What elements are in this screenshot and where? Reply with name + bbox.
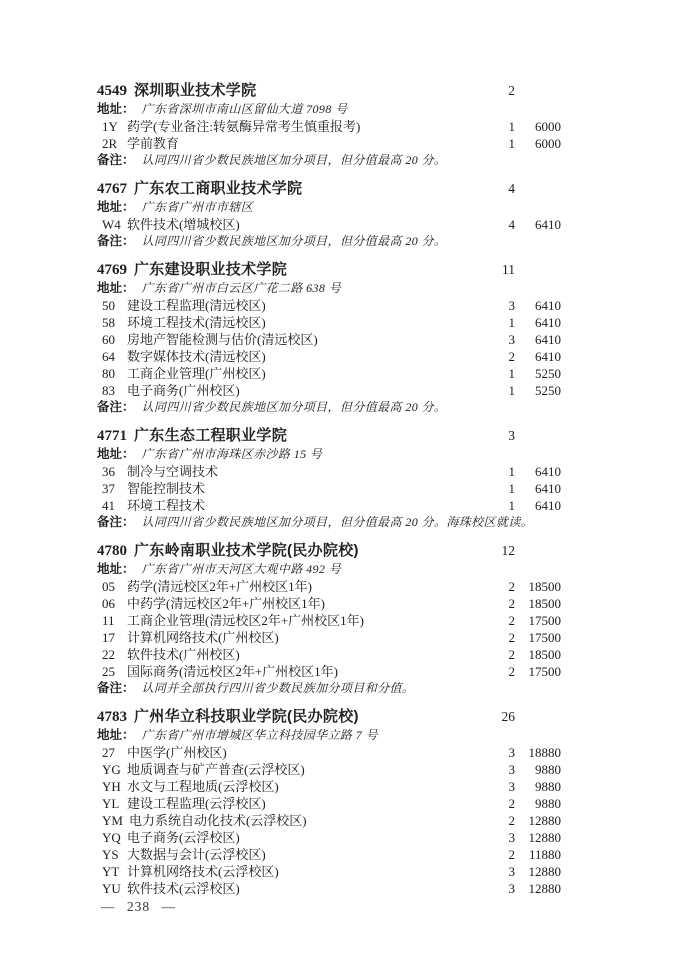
address-text: 广东省广州市增城区华立科技园华立路 7 号 bbox=[142, 727, 561, 744]
major-row: YU软件技术(云浮校区) 3 12880 bbox=[97, 880, 561, 897]
major-tuition-fee: 6000 bbox=[515, 118, 561, 135]
major-title: YT计算机网络技术(云浮校区) bbox=[102, 863, 481, 880]
college-name: 广东建设职业技术学院 bbox=[134, 261, 287, 278]
college-block: 4549深圳职业技术学院 2 地址： 广东省深圳市南山区留仙大道 7098 号 … bbox=[97, 82, 561, 169]
major-tuition-fee: 17500 bbox=[515, 663, 561, 680]
major-name: 电力系统自动化技术(云浮校区) bbox=[129, 813, 307, 828]
major-plan-count: 1 bbox=[481, 135, 515, 152]
major-row: YL建设工程监理(云浮校区) 2 9880 bbox=[97, 795, 561, 812]
major-tuition-fee: 18500 bbox=[515, 646, 561, 663]
major-row: YG地质调查与矿产普查(云浮校区) 3 9880 bbox=[97, 761, 561, 778]
major-row: YS大数据与会计(云浮校区) 2 11880 bbox=[97, 846, 561, 863]
college-header-row: 4771广东生态工程职业学院 3 bbox=[97, 427, 561, 445]
college-header-row: 4767广东农工商职业技术学院 4 bbox=[97, 180, 561, 198]
major-plan-count: 2 bbox=[481, 612, 515, 629]
major-title: YU软件技术(云浮校区) bbox=[102, 880, 481, 897]
major-name: 建设工程监理(清远校区) bbox=[127, 298, 266, 313]
college-code: 4549 bbox=[97, 83, 127, 99]
major-plan-count: 2 bbox=[481, 629, 515, 646]
major-code: YL bbox=[102, 795, 121, 812]
major-plan-count: 1 bbox=[481, 118, 515, 135]
major-row: 64数字媒体技术(清远校区) 2 6410 bbox=[97, 348, 561, 365]
address-label: 地址： bbox=[97, 561, 135, 578]
remark-text: 认同四川省少数民族地区加分项目，但分值最高 20 分。海珠校区就读。 bbox=[142, 514, 561, 531]
major-title: YL建设工程监理(云浮校区) bbox=[102, 795, 481, 812]
major-name: 工商企业管理(清远校区2年+广州校区1年) bbox=[127, 613, 364, 628]
major-list: 27中医学(广州校区) 3 18880 YG地质调查与矿产普查(云浮校区) 3 … bbox=[97, 744, 561, 897]
remark-text: 认同四川省少数民族地区加分项目，但分值最高 20 分。 bbox=[142, 399, 561, 416]
address-row: 地址： 广东省广州市白云区广花二路 638 号 bbox=[97, 280, 561, 297]
college-list: 4549深圳职业技术学院 2 地址： 广东省深圳市南山区留仙大道 7098 号 … bbox=[97, 82, 561, 897]
major-name: 药学(专业备注:转氨酶异常考生慎重报考) bbox=[127, 119, 360, 134]
major-name: 电子商务(云浮校区) bbox=[127, 830, 240, 845]
address-text: 广东省广州市白云区广花二路 638 号 bbox=[142, 280, 561, 297]
remark-label: 备注： bbox=[97, 680, 135, 697]
major-plan-count: 2 bbox=[481, 795, 515, 812]
major-code: YS bbox=[102, 846, 121, 863]
major-tuition-fee: 18500 bbox=[515, 578, 561, 595]
remark-label: 备注： bbox=[97, 514, 135, 531]
major-list: 50建设工程监理(清远校区) 3 6410 58环境工程技术(清远校区) 1 6… bbox=[97, 297, 561, 399]
remark-row: 备注： 认同四川省少数民族地区加分项目，但分值最高 20 分。海珠校区就读。 bbox=[97, 514, 561, 531]
major-code: 80 bbox=[102, 365, 121, 382]
major-code: W4 bbox=[102, 216, 121, 233]
major-name: 药学(清远校区2年+广州校区1年) bbox=[127, 579, 312, 594]
major-row: 06中药学(清远校区2年+广州校区1年) 2 18500 bbox=[97, 595, 561, 612]
major-tuition-fee: 9880 bbox=[515, 761, 561, 778]
major-plan-count: 2 bbox=[481, 646, 515, 663]
major-title: 2R学前教育 bbox=[102, 135, 481, 152]
college-block: 4771广东生态工程职业学院 3 地址： 广东省广州市海珠区赤沙路 15 号 3… bbox=[97, 427, 561, 531]
major-name: 工商企业管理(广州校区) bbox=[127, 366, 266, 381]
address-row: 地址： 广东省广州市海珠区赤沙路 15 号 bbox=[97, 446, 561, 463]
major-name: 地质调查与矿产普查(云浮校区) bbox=[127, 762, 305, 777]
college-name: 广东生态工程职业学院 bbox=[134, 427, 287, 444]
major-tuition-fee: 6410 bbox=[515, 297, 561, 314]
major-code: 50 bbox=[102, 297, 121, 314]
major-title: 27中医学(广州校区) bbox=[102, 744, 481, 761]
major-tuition-fee: 6410 bbox=[515, 497, 561, 514]
major-code: 1Y bbox=[102, 118, 121, 135]
major-tuition-fee: 6410 bbox=[515, 314, 561, 331]
major-name: 建设工程监理(云浮校区) bbox=[127, 796, 266, 811]
major-name: 环境工程技术 bbox=[127, 498, 205, 513]
college-title: 4780广东岭南职业技术学院(民办院校) bbox=[97, 542, 481, 560]
major-name: 水文与工程地质(云浮校区) bbox=[127, 779, 279, 794]
address-label: 地址： bbox=[97, 101, 135, 118]
major-name: 软件技术(增城校区) bbox=[127, 217, 240, 232]
major-row: 25国际商务(清远校区2年+广州校区1年) 2 17500 bbox=[97, 663, 561, 680]
major-row: 27中医学(广州校区) 3 18880 bbox=[97, 744, 561, 761]
major-row: 1Y药学(专业备注:转氨酶异常考生慎重报考) 1 6000 bbox=[97, 118, 561, 135]
major-name: 制冷与空调技术 bbox=[127, 464, 218, 479]
remark-row: 备注： 认同四川省少数民族地区加分项目，但分值最高 20 分。 bbox=[97, 152, 561, 169]
major-row: 50建设工程监理(清远校区) 3 6410 bbox=[97, 297, 561, 314]
major-code: 58 bbox=[102, 314, 121, 331]
major-row: 05药学(清远校区2年+广州校区1年) 2 18500 bbox=[97, 578, 561, 595]
major-tuition-fee: 17500 bbox=[515, 629, 561, 646]
page-number: — 238 — bbox=[101, 899, 176, 915]
major-row: 83电子商务(广州校区) 1 5250 bbox=[97, 382, 561, 399]
address-text: 广东省广州市市辖区 bbox=[142, 199, 561, 216]
major-title: 36制冷与空调技术 bbox=[102, 463, 481, 480]
major-row: YM电力系统自动化技术(云浮校区) 2 12880 bbox=[97, 812, 561, 829]
major-row: 60房地产智能检测与估价(清远校区) 3 6410 bbox=[97, 331, 561, 348]
major-code: 11 bbox=[102, 612, 121, 629]
major-title: 1Y药学(专业备注:转氨酶异常考生慎重报考) bbox=[102, 118, 481, 135]
major-plan-count: 2 bbox=[481, 348, 515, 365]
major-row: 22软件技术(广州校区) 2 18500 bbox=[97, 646, 561, 663]
major-name: 学前教育 bbox=[127, 136, 179, 151]
remark-text: 认同四川省少数民族地区加分项目，但分值最高 20 分。 bbox=[142, 152, 561, 169]
major-list: W4软件技术(增城校区) 4 6410 bbox=[97, 216, 561, 233]
major-name: 数字媒体技术(清远校区) bbox=[127, 349, 266, 364]
major-title: YS大数据与会计(云浮校区) bbox=[102, 846, 481, 863]
college-code: 4767 bbox=[97, 181, 127, 197]
address-label: 地址： bbox=[97, 727, 135, 744]
address-text: 广东省广州市海珠区赤沙路 15 号 bbox=[142, 446, 561, 463]
major-plan-count: 3 bbox=[481, 778, 515, 795]
major-title: 37智能控制技术 bbox=[102, 480, 481, 497]
major-row: 80工商企业管理(广州校区) 1 5250 bbox=[97, 365, 561, 382]
major-code: YQ bbox=[102, 829, 121, 846]
college-code: 4783 bbox=[97, 709, 127, 725]
major-title: YQ电子商务(云浮校区) bbox=[102, 829, 481, 846]
major-title: 17计算机网络技术(广州校区) bbox=[102, 629, 481, 646]
remark-label: 备注： bbox=[97, 399, 135, 416]
major-code: YG bbox=[102, 761, 121, 778]
college-code: 4769 bbox=[97, 262, 127, 278]
college-header-row: 4783广州华立科技职业学院(民办院校) 26 bbox=[97, 708, 561, 726]
major-title: 06中药学(清远校区2年+广州校区1年) bbox=[102, 595, 481, 612]
major-tuition-fee: 6410 bbox=[515, 216, 561, 233]
major-tuition-fee: 18880 bbox=[515, 744, 561, 761]
major-row: YT计算机网络技术(云浮校区) 3 12880 bbox=[97, 863, 561, 880]
major-code: 36 bbox=[102, 463, 121, 480]
college-code: 4780 bbox=[97, 543, 127, 559]
college-header-row: 4769广东建设职业技术学院 11 bbox=[97, 261, 561, 279]
address-text: 广东省广州市天河区大观中路 492 号 bbox=[142, 561, 561, 578]
college-block: 4783广州华立科技职业学院(民办院校) 26 地址： 广东省广州市增城区华立科… bbox=[97, 708, 561, 897]
college-title: 4783广州华立科技职业学院(民办院校) bbox=[97, 708, 481, 726]
college-plan-total: 12 bbox=[481, 542, 515, 560]
major-tuition-fee: 18500 bbox=[515, 595, 561, 612]
major-plan-count: 2 bbox=[481, 846, 515, 863]
major-tuition-fee: 5250 bbox=[515, 382, 561, 399]
major-row: 11工商企业管理(清远校区2年+广州校区1年) 2 17500 bbox=[97, 612, 561, 629]
major-code: 83 bbox=[102, 382, 121, 399]
major-name: 环境工程技术(清远校区) bbox=[127, 315, 266, 330]
major-row: W4软件技术(增城校区) 4 6410 bbox=[97, 216, 561, 233]
college-header-row: 4549深圳职业技术学院 2 bbox=[97, 82, 561, 100]
address-row: 地址： 广东省深圳市南山区留仙大道 7098 号 bbox=[97, 101, 561, 118]
major-tuition-fee: 6410 bbox=[515, 331, 561, 348]
admissions-catalog-page: 4549深圳职业技术学院 2 地址： 广东省深圳市南山区留仙大道 7098 号 … bbox=[0, 0, 680, 961]
college-plan-total: 3 bbox=[481, 427, 515, 445]
major-code: 05 bbox=[102, 578, 121, 595]
major-code: 2R bbox=[102, 135, 121, 152]
major-plan-count: 3 bbox=[481, 761, 515, 778]
major-title: 05药学(清远校区2年+广州校区1年) bbox=[102, 578, 481, 595]
college-plan-total: 26 bbox=[481, 708, 515, 726]
major-plan-count: 1 bbox=[481, 480, 515, 497]
college-name: 广东岭南职业技术学院(民办院校) bbox=[134, 542, 359, 559]
major-title: W4软件技术(增城校区) bbox=[102, 216, 481, 233]
college-plan-total: 2 bbox=[481, 82, 515, 100]
college-name: 广州华立科技职业学院(民办院校) bbox=[134, 708, 359, 725]
major-plan-count: 2 bbox=[481, 663, 515, 680]
major-title: 60房地产智能检测与估价(清远校区) bbox=[102, 331, 481, 348]
major-title: 64数字媒体技术(清远校区) bbox=[102, 348, 481, 365]
major-plan-count: 3 bbox=[481, 829, 515, 846]
college-title: 4769广东建设职业技术学院 bbox=[97, 261, 481, 279]
major-tuition-fee: 6410 bbox=[515, 463, 561, 480]
major-code: 27 bbox=[102, 744, 121, 761]
major-title: YG地质调查与矿产普查(云浮校区) bbox=[102, 761, 481, 778]
major-title: 50建设工程监理(清远校区) bbox=[102, 297, 481, 314]
college-title: 4767广东农工商职业技术学院 bbox=[97, 180, 481, 198]
address-label: 地址： bbox=[97, 446, 135, 463]
major-code: 41 bbox=[102, 497, 121, 514]
major-title: 22软件技术(广州校区) bbox=[102, 646, 481, 663]
major-code: 60 bbox=[102, 331, 121, 348]
college-name: 深圳职业技术学院 bbox=[134, 82, 256, 99]
major-tuition-fee: 5250 bbox=[515, 365, 561, 382]
college-header-row: 4780广东岭南职业技术学院(民办院校) 12 bbox=[97, 542, 561, 560]
major-code: 37 bbox=[102, 480, 121, 497]
college-code: 4771 bbox=[97, 428, 127, 444]
college-title: 4771广东生态工程职业学院 bbox=[97, 427, 481, 445]
major-code: 22 bbox=[102, 646, 121, 663]
major-code: 64 bbox=[102, 348, 121, 365]
major-plan-count: 1 bbox=[481, 497, 515, 514]
major-tuition-fee: 9880 bbox=[515, 795, 561, 812]
major-list: 05药学(清远校区2年+广州校区1年) 2 18500 06中药学(清远校区2年… bbox=[97, 578, 561, 680]
major-row: YQ电子商务(云浮校区) 3 12880 bbox=[97, 829, 561, 846]
college-plan-total: 4 bbox=[481, 180, 515, 198]
major-code: 25 bbox=[102, 663, 121, 680]
major-title: 11工商企业管理(清远校区2年+广州校区1年) bbox=[102, 612, 481, 629]
major-tuition-fee: 17500 bbox=[515, 612, 561, 629]
major-tuition-fee: 12880 bbox=[515, 829, 561, 846]
college-plan-total: 11 bbox=[481, 261, 515, 279]
major-code: 06 bbox=[102, 595, 121, 612]
major-plan-count: 1 bbox=[481, 463, 515, 480]
major-row: 17计算机网络技术(广州校区) 2 17500 bbox=[97, 629, 561, 646]
major-name: 智能控制技术 bbox=[127, 481, 205, 496]
major-plan-count: 3 bbox=[481, 331, 515, 348]
major-tuition-fee: 6000 bbox=[515, 135, 561, 152]
college-name: 广东农工商职业技术学院 bbox=[134, 180, 302, 197]
major-plan-count: 2 bbox=[481, 595, 515, 612]
remark-text: 认同并全部执行四川省少数民族加分项目和分值。 bbox=[142, 680, 561, 697]
major-row: 2R学前教育 1 6000 bbox=[97, 135, 561, 152]
major-name: 电子商务(广州校区) bbox=[127, 383, 240, 398]
major-row: 37智能控制技术 1 6410 bbox=[97, 480, 561, 497]
college-block: 4769广东建设职业技术学院 11 地址： 广东省广州市白云区广花二路 638 … bbox=[97, 261, 561, 416]
major-name: 软件技术(云浮校区) bbox=[127, 881, 240, 896]
major-tuition-fee: 12880 bbox=[515, 880, 561, 897]
address-row: 地址： 广东省广州市增城区华立科技园华立路 7 号 bbox=[97, 727, 561, 744]
major-list: 36制冷与空调技术 1 6410 37智能控制技术 1 6410 41环境工程技… bbox=[97, 463, 561, 514]
major-row: YH水文与工程地质(云浮校区) 3 9880 bbox=[97, 778, 561, 795]
address-row: 地址： 广东省广州市市辖区 bbox=[97, 199, 561, 216]
major-code: YT bbox=[102, 863, 121, 880]
major-tuition-fee: 11880 bbox=[515, 846, 561, 863]
major-plan-count: 3 bbox=[481, 297, 515, 314]
major-title: 83电子商务(广州校区) bbox=[102, 382, 481, 399]
major-name: 房地产智能检测与估价(清远校区) bbox=[127, 332, 318, 347]
major-row: 41环境工程技术 1 6410 bbox=[97, 497, 561, 514]
remark-text: 认同四川省少数民族地区加分项目，但分值最高 20 分。 bbox=[142, 233, 561, 250]
college-title: 4549深圳职业技术学院 bbox=[97, 82, 481, 100]
address-label: 地址： bbox=[97, 280, 135, 297]
major-plan-count: 3 bbox=[481, 880, 515, 897]
major-title: 58环境工程技术(清远校区) bbox=[102, 314, 481, 331]
remark-label: 备注： bbox=[97, 152, 135, 169]
major-row: 36制冷与空调技术 1 6410 bbox=[97, 463, 561, 480]
major-code: YM bbox=[102, 812, 123, 829]
major-plan-count: 1 bbox=[481, 314, 515, 331]
major-plan-count: 1 bbox=[481, 382, 515, 399]
remark-row: 备注： 认同并全部执行四川省少数民族加分项目和分值。 bbox=[97, 680, 561, 697]
college-block: 4780广东岭南职业技术学院(民办院校) 12 地址： 广东省广州市天河区大观中… bbox=[97, 542, 561, 697]
major-tuition-fee: 9880 bbox=[515, 778, 561, 795]
major-code: 17 bbox=[102, 629, 121, 646]
major-plan-count: 2 bbox=[481, 812, 515, 829]
major-list: 1Y药学(专业备注:转氨酶异常考生慎重报考) 1 6000 2R学前教育 1 6… bbox=[97, 118, 561, 152]
major-name: 中医学(广州校区) bbox=[127, 745, 227, 760]
major-tuition-fee: 6410 bbox=[515, 480, 561, 497]
major-tuition-fee: 12880 bbox=[515, 812, 561, 829]
major-plan-count: 3 bbox=[481, 863, 515, 880]
major-tuition-fee: 12880 bbox=[515, 863, 561, 880]
major-title: YM电力系统自动化技术(云浮校区) bbox=[102, 812, 481, 829]
major-title: 80工商企业管理(广州校区) bbox=[102, 365, 481, 382]
major-plan-count: 4 bbox=[481, 216, 515, 233]
major-name: 大数据与会计(云浮校区) bbox=[127, 847, 266, 862]
major-title: 25国际商务(清远校区2年+广州校区1年) bbox=[102, 663, 481, 680]
address-text: 广东省深圳市南山区留仙大道 7098 号 bbox=[142, 101, 561, 118]
remark-row: 备注： 认同四川省少数民族地区加分项目，但分值最高 20 分。 bbox=[97, 233, 561, 250]
major-code: YU bbox=[102, 880, 121, 897]
major-name: 软件技术(广州校区) bbox=[127, 647, 240, 662]
major-plan-count: 1 bbox=[481, 365, 515, 382]
major-name: 计算机网络技术(云浮校区) bbox=[127, 864, 279, 879]
address-row: 地址： 广东省广州市天河区大观中路 492 号 bbox=[97, 561, 561, 578]
major-title: YH水文与工程地质(云浮校区) bbox=[102, 778, 481, 795]
major-tuition-fee: 6410 bbox=[515, 348, 561, 365]
major-code: YH bbox=[102, 778, 121, 795]
major-name: 计算机网络技术(广州校区) bbox=[127, 630, 279, 645]
college-block: 4767广东农工商职业技术学院 4 地址： 广东省广州市市辖区 W4软件技术(增… bbox=[97, 180, 561, 250]
major-name: 中药学(清远校区2年+广州校区1年) bbox=[127, 596, 325, 611]
major-title: 41环境工程技术 bbox=[102, 497, 481, 514]
major-name: 国际商务(清远校区2年+广州校区1年) bbox=[127, 664, 338, 679]
major-plan-count: 3 bbox=[481, 744, 515, 761]
major-plan-count: 2 bbox=[481, 578, 515, 595]
remark-row: 备注： 认同四川省少数民族地区加分项目，但分值最高 20 分。 bbox=[97, 399, 561, 416]
remark-label: 备注： bbox=[97, 233, 135, 250]
major-row: 58环境工程技术(清远校区) 1 6410 bbox=[97, 314, 561, 331]
address-label: 地址： bbox=[97, 199, 135, 216]
